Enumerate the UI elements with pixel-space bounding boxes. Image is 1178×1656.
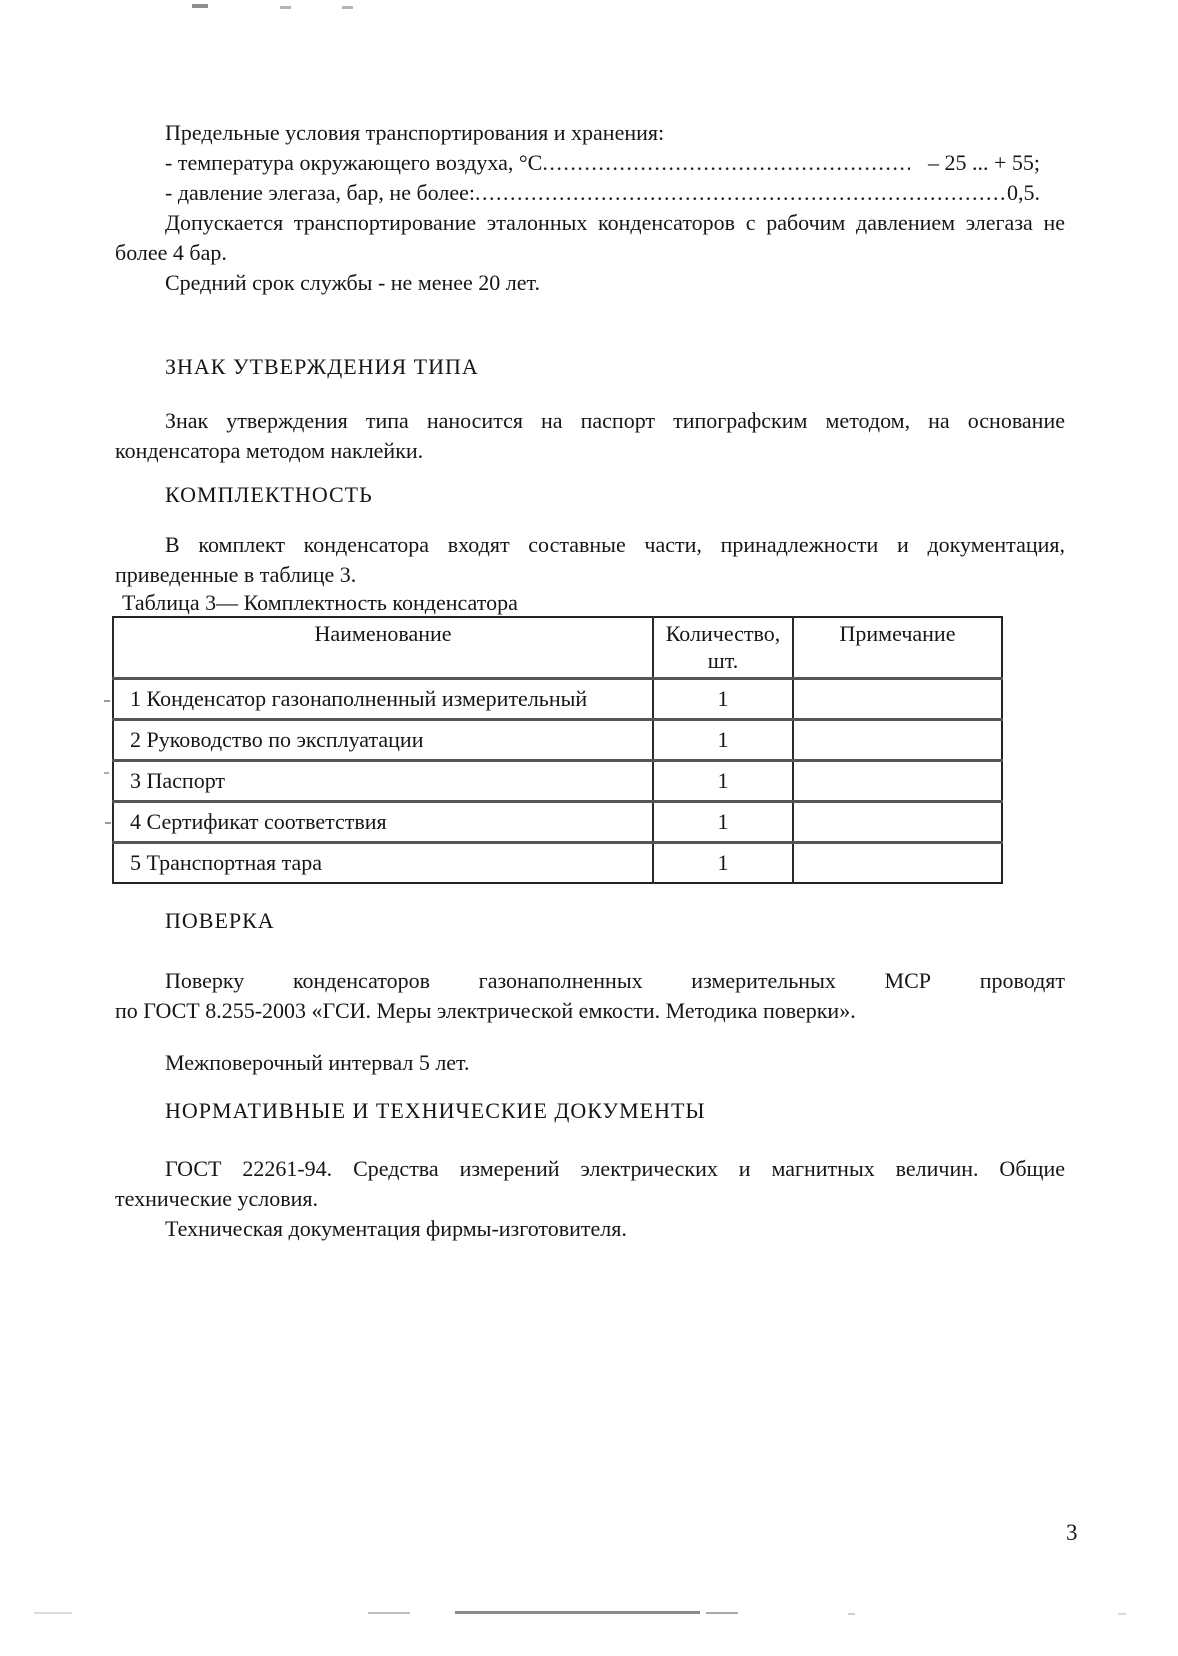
- item-quantity: 1: [653, 679, 793, 720]
- scan-artifact: [104, 772, 109, 774]
- column-header-quantity-line1: Количество,: [655, 620, 791, 647]
- pressure-label: - давление элегаза, бар, не более:: [165, 178, 475, 208]
- completeness-line1: В комплект конденсатора входят составные…: [115, 530, 1065, 560]
- table-row: 4 Сертификат соответствия 1: [113, 802, 1002, 843]
- temperature-line: - температура окружающего воздуха, °С – …: [115, 148, 1065, 178]
- table-row: 3 Паспорт 1: [113, 761, 1002, 802]
- completeness-table: Наименование Количество, шт. Примечание …: [112, 616, 1003, 884]
- item-quantity: 1: [653, 802, 793, 843]
- scan-artifact: [706, 1612, 738, 1614]
- item-name: 3 Паспорт: [113, 761, 653, 802]
- normative-line2: технические условия.: [115, 1184, 1065, 1214]
- temperature-value: – 25 ... + 55;: [928, 148, 1040, 178]
- column-header-quantity-line2: шт.: [655, 647, 791, 674]
- dot-leader: [475, 178, 1007, 208]
- scan-artifact: [104, 700, 110, 702]
- table-row: 1 Конденсатор газонаполненный измеритель…: [113, 679, 1002, 720]
- scan-artifact: [848, 1613, 855, 1615]
- pressure-value: 0,5.: [1007, 178, 1040, 208]
- column-header-quantity: Количество, шт.: [653, 617, 793, 679]
- scanned-document-page: Предельные условия транспортирования и х…: [0, 0, 1178, 1656]
- item-quantity: 1: [653, 843, 793, 884]
- scan-artifact: [280, 6, 291, 9]
- type-approval-line2: конденсатора методом наклейки.: [115, 436, 1065, 466]
- scan-artifact: [342, 6, 353, 9]
- item-note: [793, 720, 1002, 761]
- table-caption: Таблица 3— Комплектность конденсатора: [122, 590, 1065, 616]
- page-number: 3: [1066, 1520, 1078, 1546]
- item-quantity: 1: [653, 720, 793, 761]
- scan-artifact: [192, 4, 208, 8]
- transport-storage-conditions-title: Предельные условия транспортирования и х…: [115, 118, 1065, 148]
- normative-line1: ГОСТ 22261-94. Средства измерений электр…: [115, 1154, 1065, 1184]
- scan-artifact: [1118, 1613, 1126, 1615]
- table-row: 5 Транспортная тара 1: [113, 843, 1002, 884]
- scan-artifact: [34, 1612, 72, 1614]
- verification-line1: Поверку конденсаторов газонаполненных из…: [115, 966, 1065, 996]
- service-life-line: Средний срок службы - не менее 20 лет.: [115, 268, 1065, 298]
- column-header-note: Примечание: [793, 617, 1002, 679]
- column-header-name: Наименование: [113, 617, 653, 679]
- completeness-line2: приведенные в таблице 3.: [115, 560, 1065, 590]
- scan-artifact: [368, 1612, 410, 1614]
- section-heading-completeness: КОМПЛЕКТНОСТЬ: [115, 480, 1065, 510]
- item-name: 1 Конденсатор газонаполненный измеритель…: [113, 679, 653, 720]
- section-heading-verification: ПОВЕРКА: [115, 906, 1065, 936]
- section-heading-normative-docs: НОРМАТИВНЫЕ И ТЕХНИЧЕСКИЕ ДОКУМЕНТЫ: [115, 1096, 1065, 1126]
- dot-leader: [542, 148, 910, 178]
- section-heading-type-approval: ЗНАК УТВЕРЖДЕНИЯ ТИПА: [115, 352, 1065, 382]
- item-note: [793, 843, 1002, 884]
- item-note: [793, 761, 1002, 802]
- item-note: [793, 802, 1002, 843]
- item-quantity: 1: [653, 761, 793, 802]
- verification-interval-line: Межповерочный интервал 5 лет.: [115, 1048, 1065, 1078]
- item-name: 2 Руководство по эксплуатации: [113, 720, 653, 761]
- type-approval-line1: Знак утверждения типа наносится на паспо…: [115, 406, 1065, 436]
- item-name: 5 Транспортная тара: [113, 843, 653, 884]
- transport-allowed-line2: более 4 бар.: [115, 238, 1065, 268]
- document-content: Предельные условия транспортирования и х…: [115, 118, 1065, 1244]
- table-row: 2 Руководство по эксплуатации 1: [113, 720, 1002, 761]
- transport-allowed-line1: Допускается транспортирование эталонных …: [115, 208, 1065, 238]
- item-name: 4 Сертификат соответствия: [113, 802, 653, 843]
- normative-line3: Техническая документация фирмы-изготовит…: [115, 1214, 1065, 1244]
- item-note: [793, 679, 1002, 720]
- scan-artifact: [455, 1611, 700, 1614]
- scan-artifact: [105, 822, 111, 824]
- pressure-line: - давление элегаза, бар, не более: 0,5.: [115, 178, 1065, 208]
- verification-line2: по ГОСТ 8.255-2003 «ГСИ. Меры электричес…: [115, 996, 1065, 1026]
- temperature-label: - температура окружающего воздуха, °С: [165, 148, 542, 178]
- table-header-row: Наименование Количество, шт. Примечание: [113, 617, 1002, 679]
